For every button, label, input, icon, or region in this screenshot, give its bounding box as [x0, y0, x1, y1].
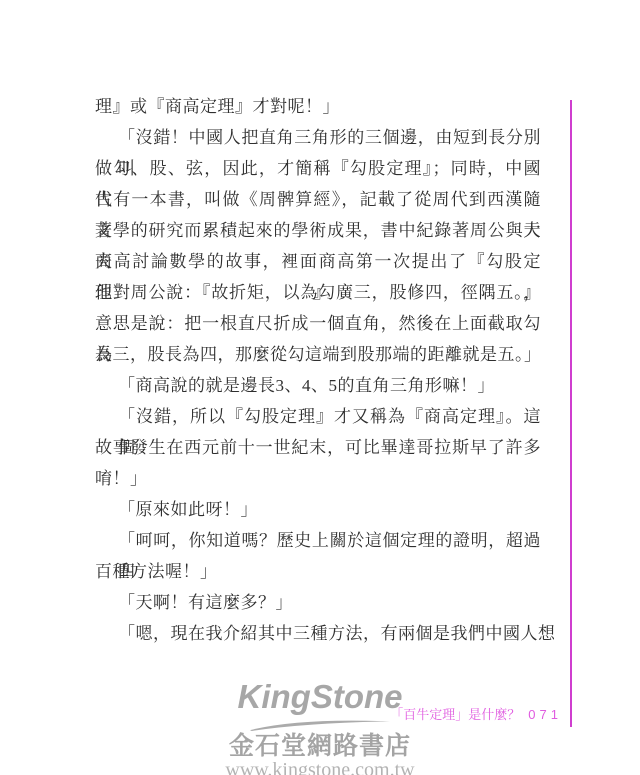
text-line: 理』或『商高定理』才對呢！」 [95, 91, 541, 122]
store-name: 金石堂網路書店 [190, 734, 450, 759]
text-line: 「商高說的就是邊長3、4、5的直角三角形嘛！」 [95, 370, 541, 401]
book-page: 理』或『商高定理』才對呢！」「沒錯！中國人把直角三角形的三個邊，由短到長分別叫做… [0, 0, 640, 775]
page-edge-rule [570, 100, 572, 727]
store-url: www.kingstone.com.tw [190, 760, 450, 775]
text-line: 「天啊！有這麼多？」 [95, 587, 541, 618]
text-line: 故事發生在西元前十一世紀末，可比畢達哥拉斯早了許多 [95, 432, 541, 463]
text-line: 百種方法喔！」 [95, 556, 541, 587]
logo-swoosh-icon [238, 717, 402, 731]
text-line: 商高討論數學的故事，裡面商高第一次提出了『勾股定理』， [95, 246, 541, 277]
page-number: 071 [528, 707, 562, 722]
body-text: 理』或『商高定理』才對呢！」「沒錯！中國人把直角三角形的三個邊，由短到長分別叫做… [95, 91, 541, 649]
text-line: 文學的研究而累積起來的學術成果，書中紀錄著周公與大夫 [95, 215, 541, 246]
text-line: 「沒錯，所以『勾股定理』才又稱為『商高定理』。這個 [95, 401, 541, 432]
kingstone-logo-text: KingStone [190, 680, 450, 713]
text-line: 「原來如此呀！」 [95, 494, 541, 525]
text-line: 「嗯，現在我介紹其中三種方法，有兩個是我們中國人想 [95, 618, 541, 649]
kingstone-watermark: KingStone 金石堂網路書店 www.kingstone.com.tw [190, 680, 450, 775]
text-line: 「沒錯！中國人把直角三角形的三個邊，由短到長分別叫 [95, 122, 541, 153]
text-line: 「呵呵，你知道嗎？歷史上關於這個定理的證明，超過四 [95, 525, 541, 556]
text-line: 意思是說：把一根直尺折成一個直角，然後在上面截取勾長 [95, 308, 541, 339]
text-line: 唷！」 [95, 463, 541, 494]
text-line: 做勾、股、弦，因此，才簡稱『勾股定理』；同時，中國古 [95, 153, 541, 184]
text-line: 他對周公說：『故折矩，以為勾廣三，股修四，徑隅五。』 [95, 277, 541, 308]
text-line: 為三，股長為四，那麼從勾這端到股那端的距離就是五。」 [95, 339, 541, 370]
text-line: 代有一本書，叫做《周髀算經》，記載了從周代到西漢隨著天 [95, 184, 541, 215]
